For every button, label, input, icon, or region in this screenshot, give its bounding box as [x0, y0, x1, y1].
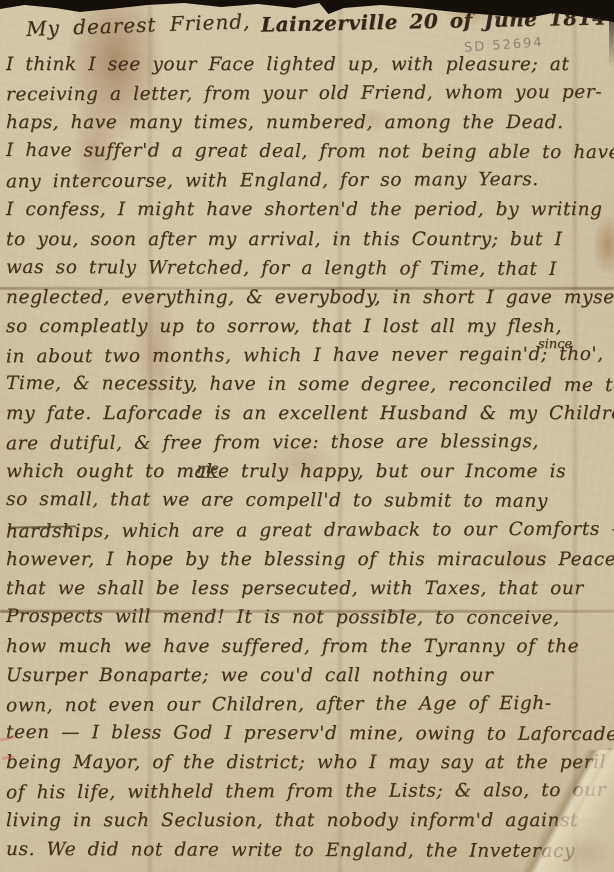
letter-line: to you, soon after my arrival, in this C…: [6, 225, 612, 254]
scanned-letter: My dearest Friend, Lainzerville 20 of Ju…: [0, 0, 614, 872]
letter-line: so small, that we are compell'd to submi…: [6, 485, 612, 516]
letter-line: I confess, I might have shorten'd the pe…: [6, 195, 612, 224]
letter-line: I have suffer'd a great deal, from not b…: [6, 136, 612, 167]
letter-line: however, I hope by the blessing of this …: [6, 545, 612, 574]
letter-line: in about two months, which I have never …: [6, 340, 612, 372]
letter-line: I think I see your Face lighted up, with…: [6, 50, 612, 79]
letter-line: teen — I bless God I preserv'd mine, owi…: [6, 718, 612, 749]
corner-fold: [522, 750, 614, 872]
letter-line: which ought to make truly happy, but our…: [6, 457, 612, 486]
letter-line: Time, & necessity, have in some degree, …: [6, 369, 612, 400]
letter-line: Usurper Bonaparte; we cou'd call nothing…: [6, 661, 612, 690]
letter-line: that we shall be less persecuted, with T…: [6, 574, 612, 603]
letter-body: I think I see your Face lighted up, with…: [6, 50, 612, 865]
letter-line: haps, have many times, numbered, among t…: [6, 108, 612, 137]
interlinear-insertion: me: [197, 461, 219, 478]
letter-page: My dearest Friend, Lainzerville 20 of Ju…: [0, 0, 614, 872]
letter-line: are dutiful, & free from vice: those are…: [6, 427, 612, 459]
letter-line: my fate. Laforcade is an excellent Husba…: [6, 399, 612, 428]
letter-line: so compleatly up to sorrow, that I lost …: [6, 312, 612, 341]
place-date-line: Lainzerville 20 of June 1814: [260, 5, 606, 36]
scan-edge-shadow: [609, 0, 614, 68]
letter-line: receiving a letter, from your old Friend…: [6, 78, 612, 110]
letter-line: any intercourse, with England, for so ma…: [6, 165, 612, 197]
interlinear-insertion: since: [538, 337, 572, 352]
letter-line: Prospects will mend! It is not possible,…: [6, 602, 612, 633]
letter-line: how much we have suffered, from the Tyra…: [6, 632, 612, 661]
letter-line: hardships, which are a great drawback to…: [6, 514, 612, 546]
letter-line: own, not even our Children, after the Ag…: [6, 689, 612, 721]
letter-line: was so truly Wretched, for a length of T…: [6, 253, 612, 284]
letter-line: neglected, everything, & everybody, in s…: [6, 283, 612, 312]
salutation: My dearest Friend,: [26, 9, 251, 41]
